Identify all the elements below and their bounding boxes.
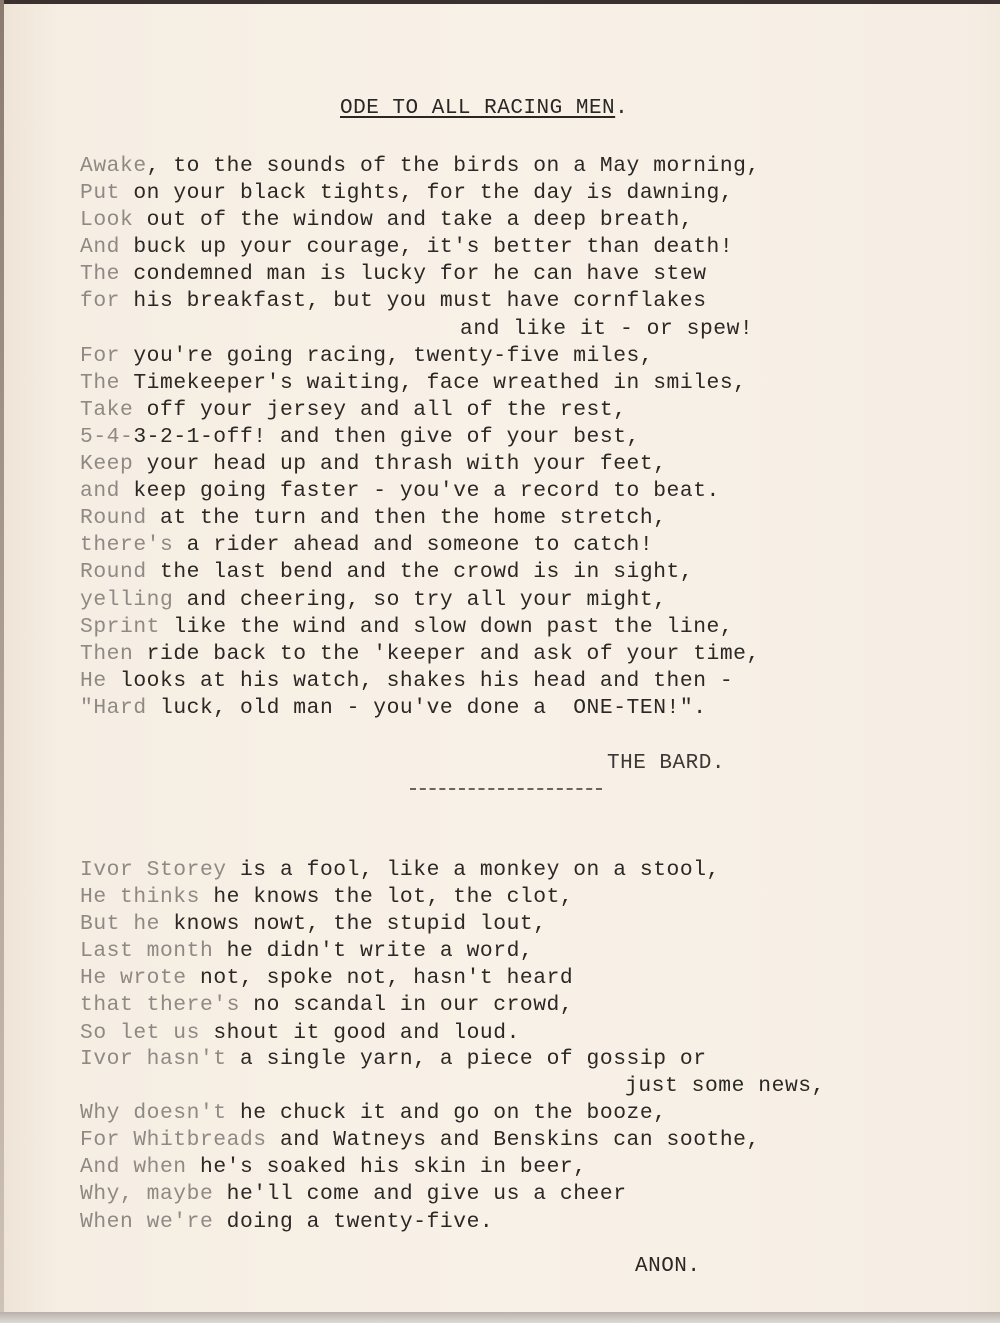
poem-line-text: your head up and thrash with your feet, [147, 452, 667, 476]
poem-line-faded-start: Round [80, 560, 160, 584]
poem-line-text: doing a twenty-five. [227, 1210, 494, 1234]
poem-line-text: Timekeeper's waiting, face wreathed in s… [133, 371, 746, 395]
poem-line: there's a rider ahead and someone to cat… [80, 532, 760, 559]
poem-line-text: his breakfast, but you must have cornfla… [133, 289, 706, 313]
poem-line-text: off your jersey and all of the rest, [147, 398, 627, 422]
typed-page: ODE TO ALL RACING MEN. Awake, to the sou… [0, 0, 1000, 1312]
poem-line-faded-start: Awake [80, 154, 147, 178]
poem-line-faded-start: But he [80, 912, 173, 936]
poem-line: 5-4-3-2-1-off! and then give of your bes… [80, 424, 760, 451]
poem-line-text: condemned man is lucky for he can have s… [133, 262, 706, 286]
poem-line-text: he'll come and give us a cheer [227, 1182, 627, 1206]
poem-line: He looks at his watch, shakes his head a… [80, 668, 760, 695]
poem-line: And when he's soaked his skin in beer, [80, 1154, 825, 1181]
poem-line-text: keep going faster - you've a record to b… [133, 479, 720, 503]
poem-line-text: he knows the lot, the clot, [213, 885, 573, 909]
poem-line: Put on your black tights, for the day is… [80, 180, 760, 207]
poem-line-text: he didn't write a word, [227, 939, 534, 963]
poem-line: Round the last bend and the crowd is in … [80, 559, 760, 586]
poem-line: Round at the turn and then the home stre… [80, 505, 760, 532]
poem-line-faded-start: And [80, 235, 133, 259]
poem-line-text: ride back to the 'keeper and ask of your… [147, 642, 760, 666]
poem-line: yelling and cheering, so try all your mi… [80, 587, 760, 614]
poem-ivor-storey-stanza-2: Ivor hasn't a single yarn, a piece of go… [80, 1046, 825, 1236]
signature-the-bard: THE BARD. [607, 752, 725, 775]
poem-line: When we're doing a twenty-five. [80, 1209, 825, 1236]
poem-line-faded-start: He wrote [80, 966, 200, 990]
poem-line-faded-start: And when [80, 1155, 200, 1179]
poem-line: Sprint like the wind and slow down past … [80, 614, 760, 641]
poem-line-faded-start: "Hard [80, 696, 160, 720]
poem-line-faded-start: Put [80, 181, 133, 205]
poem-line-faded-start: Why doesn't [80, 1101, 240, 1125]
poem-line-text: the last bend and the crowd is in sight, [160, 560, 693, 584]
poem-line: Ivor hasn't a single yarn, a piece of go… [80, 1046, 825, 1073]
poem-line-text: just some news, [625, 1074, 825, 1098]
poem-line: Awake, to the sounds of the birds on a M… [80, 153, 760, 180]
poem-line: He wrote not, spoke not, hasn't heard [80, 965, 720, 992]
poem-line-text: on your black tights, for the day is daw… [133, 181, 733, 205]
poem-line-text: you're going racing, twenty-five miles, [133, 344, 653, 368]
poem-ode-to-racing-men: Awake, to the sounds of the birds on a M… [80, 153, 760, 722]
poem-line-faded-start: that there's [80, 993, 253, 1017]
poem-line-text: luck, old man - you've done a ONE-TEN!". [160, 696, 707, 720]
poem-line: Keep your head up and thrash with your f… [80, 451, 760, 478]
poem-line-text: , to the sounds of the birds on a May mo… [147, 154, 760, 178]
poem-line-faded-start: He [80, 669, 120, 693]
poem-line: The condemned man is lucky for he can ha… [80, 261, 760, 288]
poem-line-text: out of the window and take a deep breath… [147, 208, 694, 232]
poem-line-faded-start: Take [80, 398, 147, 422]
poem-line-text: looks at his watch, shakes his head and … [120, 669, 733, 693]
section-divider [410, 788, 602, 790]
poem-line-text: knows nowt, the stupid lout, [173, 912, 546, 936]
poem-line-faded-start: Sprint [80, 615, 173, 639]
poem-line-faded-start: Why, maybe [80, 1182, 227, 1206]
poem-line-faded-start: For Whitbreads [80, 1128, 280, 1152]
poem-line: and like it - or spew! [80, 316, 760, 343]
poem-line-text: a rider ahead and someone to catch! [187, 533, 654, 557]
page-bottom-edge [0, 1312, 1000, 1323]
poem-line-faded-start: He thinks [80, 885, 213, 909]
poem-line-faded-start: Round [80, 506, 160, 530]
poem-line: He thinks he knows the lot, the clot, [80, 884, 720, 911]
poem-line-text: shout it good and loud. [213, 1021, 520, 1045]
page-left-edge [0, 0, 4, 1312]
poem-line-faded-start: The [80, 371, 133, 395]
poem-line: just some news, [80, 1073, 825, 1100]
poem-line-faded-start: Keep [80, 452, 147, 476]
poem-line-text: buck up your courage, it's better than d… [133, 235, 733, 259]
poem-line-faded-start: Ivor hasn't [80, 1047, 240, 1071]
poem-line-faded-start: Then [80, 642, 147, 666]
poem-line: for his breakfast, but you must have cor… [80, 288, 760, 315]
poem-line-faded-start: Ivor Storey [80, 858, 240, 882]
poem-line-faded-start: 5-4- [80, 425, 133, 449]
poem-line-faded-start: For [80, 344, 133, 368]
poem-line-faded-start: yelling [80, 588, 187, 612]
poem-line-faded-start: Last month [80, 939, 227, 963]
signature-anon: ANON. [635, 1255, 701, 1278]
poem-line: The Timekeeper's waiting, face wreathed … [80, 370, 760, 397]
poem-line-faded-start: So let us [80, 1021, 213, 1045]
poem-line: Why doesn't he chuck it and go on the bo… [80, 1100, 825, 1127]
poem-line-text: 3-2-1-off! and then give of your best, [133, 425, 640, 449]
poem-line-text: no scandal in our crowd, [253, 993, 573, 1017]
poem-line-text: like the wind and slow down past the lin… [173, 615, 733, 639]
poem-title-suffix: . [615, 97, 628, 120]
poem-ivor-storey-stanza-1: Ivor Storey is a fool, like a monkey on … [80, 857, 720, 1047]
poem-line: Look out of the window and take a deep b… [80, 207, 760, 234]
poem-title-text: ODE TO ALL RACING MEN [340, 97, 615, 120]
poem-line-text: at the turn and then the home stretch, [160, 506, 667, 530]
poem-line-text: a single yarn, a piece of gossip or [240, 1047, 707, 1071]
poem-line: Then ride back to the 'keeper and ask of… [80, 641, 760, 668]
poem-line: "Hard luck, old man - you've done a ONE-… [80, 695, 760, 722]
poem-line: But he knows nowt, the stupid lout, [80, 911, 720, 938]
poem-line: And buck up your courage, it's better th… [80, 234, 760, 261]
poem-line-faded-start: When we're [80, 1210, 227, 1234]
poem-line: Ivor Storey is a fool, like a monkey on … [80, 857, 720, 884]
poem-line-faded-start: Look [80, 208, 147, 232]
poem-line-text: he chuck it and go on the booze, [240, 1101, 667, 1125]
poem-line: For Whitbreads and Watneys and Benskins … [80, 1127, 825, 1154]
poem-line-faded-start: for [80, 289, 133, 313]
poem-line-text: and cheering, so try all your might, [187, 588, 667, 612]
poem-line-text: is a fool, like a monkey on a stool, [240, 858, 720, 882]
page-top-edge [0, 0, 1000, 4]
poem-line-faded-start: there's [80, 533, 187, 557]
poem-line-faded-start: and [80, 479, 133, 503]
poem-line-faded-start: The [80, 262, 133, 286]
poem-line: Why, maybe he'll come and give us a chee… [80, 1181, 825, 1208]
poem-line: For you're going racing, twenty-five mil… [80, 343, 760, 370]
poem-line-text: and Watneys and Benskins can soothe, [280, 1128, 760, 1152]
poem-line: Last month he didn't write a word, [80, 938, 720, 965]
poem-line: and keep going faster - you've a record … [80, 478, 760, 505]
poem-line: Take off your jersey and all of the rest… [80, 397, 760, 424]
poem-line: that there's no scandal in our crowd, [80, 992, 720, 1019]
poem-title: ODE TO ALL RACING MEN. [340, 97, 628, 120]
poem-line-text: and like it - or spew! [460, 317, 753, 341]
poem-line: So let us shout it good and loud. [80, 1020, 720, 1047]
poem-line-text: not, spoke not, hasn't heard [200, 966, 573, 990]
poem-line-text: he's soaked his skin in beer, [200, 1155, 587, 1179]
